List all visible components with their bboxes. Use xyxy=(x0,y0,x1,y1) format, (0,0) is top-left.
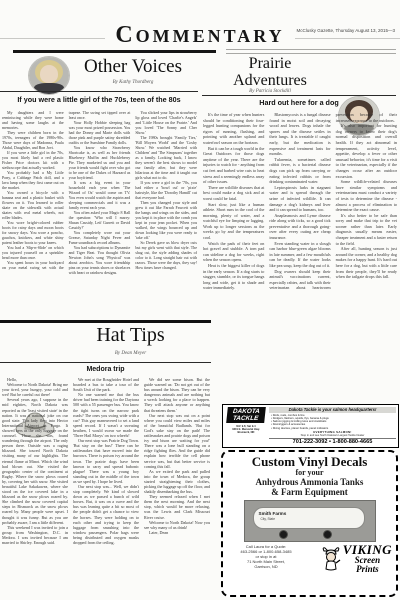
newspaper-commentary-page: COMMENTARY McClusky Gazette, Thursday Au… xyxy=(0,0,400,600)
prairie-adventures-headline: Hard out here for a dog xyxy=(202,98,396,107)
page-title: COMMENTARY xyxy=(105,22,294,49)
hat-tips-top-rule xyxy=(0,320,211,323)
tank-decal-name: Smith Farms xyxy=(259,511,287,516)
header-rule-right xyxy=(226,49,396,54)
masthead-wrap: COMMENTARY xyxy=(0,22,400,49)
tank-wheel-right xyxy=(323,530,332,539)
vinyl-ad-bottom: Call Laura for a Quote:463-2566 or 1-800… xyxy=(227,544,392,574)
ammonia-tank-photo: Smith Farms City, State xyxy=(244,500,376,542)
prairie-adventures-title-line2: Adventures xyxy=(205,72,335,89)
vinyl-ad-line3: & Farm Equipment xyxy=(227,487,392,497)
vinyl-ad-subtitle: for your xyxy=(227,468,392,477)
kathy-portrait-photo xyxy=(28,56,70,95)
dakota-tackle-bullets: • Rods, reels, combos & line• Dodgers, f… xyxy=(271,414,396,430)
dakota-tackle-logo: DAKOTA TACKLE xyxy=(226,407,266,423)
dakota-tackle-address: M-F 9-6; Sat 9-4 3301 E. Memorial Hwy. B… xyxy=(232,425,260,435)
prairie-adventures-title-line1: Prairie xyxy=(205,55,335,72)
viking-screen-prints-logo: VIKING Screen Prints xyxy=(321,544,392,574)
viking-logo-line3: Prints xyxy=(343,565,392,574)
other-voices-body: My daughters and I were reminiscing whil… xyxy=(2,110,197,318)
hat-tips-body: Hello,Welcome to North Dakota! Bring me … xyxy=(2,377,210,596)
folio-line: McClusky Gazette, Thursday August 13, 20… xyxy=(297,28,395,33)
prairie-adventures-body: It's the time of year when hunters shoul… xyxy=(203,112,397,398)
vinyl-ad-title: Custom Vinyl Decals xyxy=(227,455,392,468)
hat-tips-title: Hat Tips xyxy=(58,324,203,347)
hat-tips-byline: By Dean Meyer xyxy=(58,351,203,356)
address-line2: Bismarck, ND xyxy=(232,431,260,434)
vinyl-decals-ad: Custom Vinyl Decals for your Anhydrous A… xyxy=(221,450,398,597)
face-shape xyxy=(40,65,58,83)
dakota-tackle-ad: DAKOTA TACKLE M-F 9-6; Sat 9-4 3301 E. M… xyxy=(222,404,399,448)
hat-tips-rule xyxy=(0,362,211,363)
shoulders-shape xyxy=(34,83,64,95)
viking-mascot-icon xyxy=(321,546,341,572)
viking-logo-text: VIKING Screen Prints xyxy=(343,544,392,574)
medora-trip-subhead: Medora trip xyxy=(0,366,211,373)
header-rule-left xyxy=(13,50,216,53)
prairie-adventures-rule xyxy=(202,95,396,96)
dakota-tackle-right: Dakota Tackle is your salmon headquarter… xyxy=(268,405,398,447)
dakota-tackle-headline: Dakota Tackle is your salmon headquarter… xyxy=(269,407,396,413)
other-voices-headline: If you were a little girl of the 70s, te… xyxy=(0,95,198,104)
dakota-tackle-phone: 701-222-3092 • 1-800-880-4665 xyxy=(269,438,396,445)
dakota-tackle-left: DAKOTA TACKLE M-F 9-6; Sat 9-4 3301 E. M… xyxy=(223,405,268,447)
prairie-adventures-title: Prairie Adventures xyxy=(205,55,335,89)
logo-line2: TACKLE xyxy=(226,416,265,423)
prairie-adventures-byline: By Patricia Stockdill xyxy=(205,89,335,94)
tank-wheel-left xyxy=(279,530,288,539)
vinyl-ad-line2: Anhydrous Ammonia Tanks xyxy=(227,477,392,487)
other-voices-rule xyxy=(0,91,198,92)
other-voices-title: Other Voices xyxy=(68,56,198,78)
vinyl-ad-contact: Call Laura for a Quote:463-2566 or 1-800… xyxy=(227,544,305,569)
tank-decal-city: City, State xyxy=(261,517,275,521)
other-voices-byline: By Kathy Thordberg xyxy=(68,80,198,85)
